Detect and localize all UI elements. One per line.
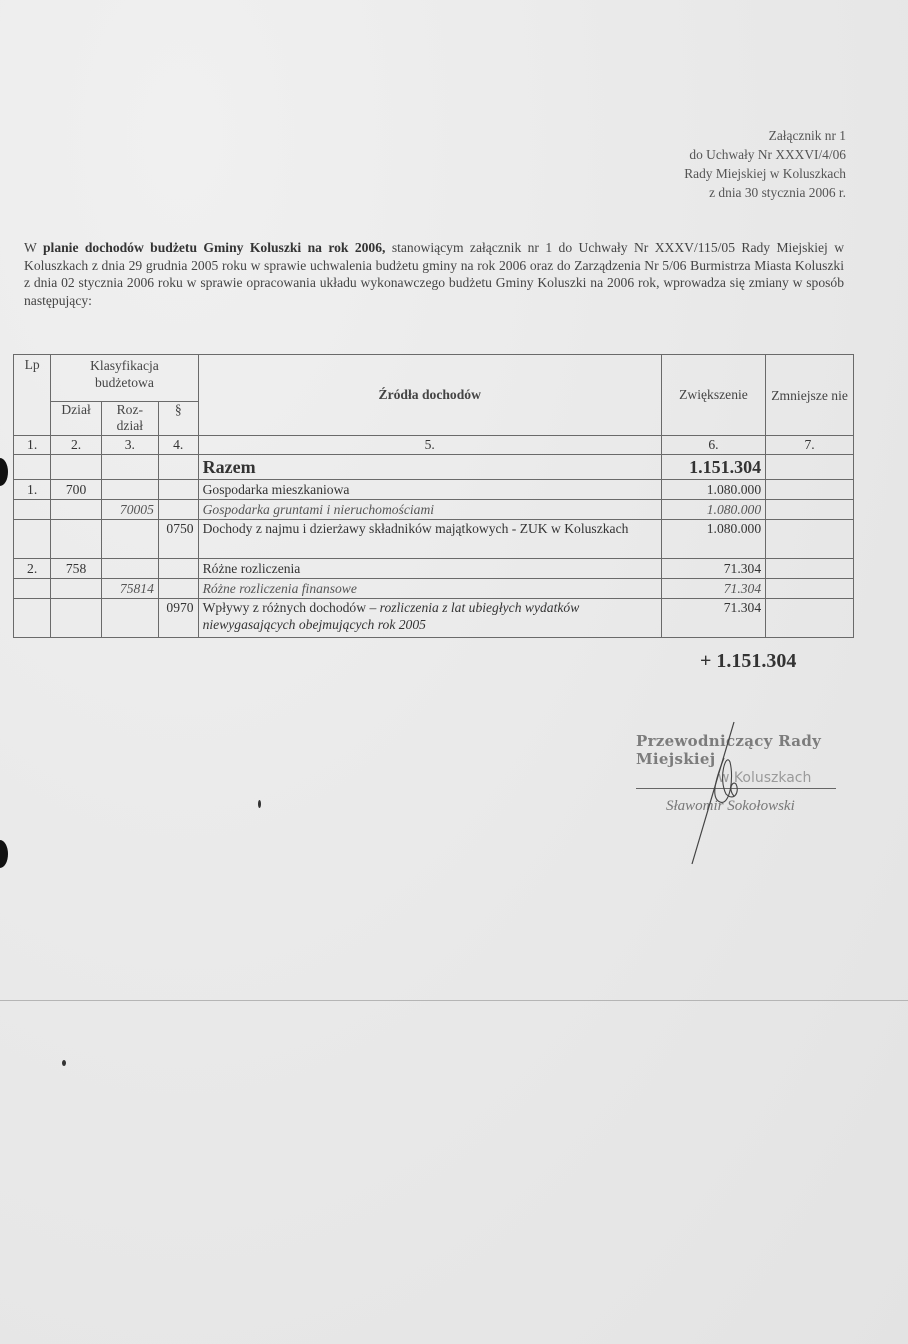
row-increase: 1.080.000 <box>661 480 765 500</box>
row-lp <box>14 599 51 638</box>
row-dzial: 758 <box>51 559 101 579</box>
table-row: 0970Wpływy z różnych dochodów – rozlicze… <box>14 599 854 638</box>
row-rozdzial <box>101 480 158 500</box>
row-paragraf: 0750 <box>158 520 198 559</box>
speck <box>62 1060 66 1066</box>
colnum-7: 7. <box>766 436 854 455</box>
row-lp <box>14 579 51 599</box>
row-source: Dochody z najmu i dzierżawy składników m… <box>198 520 661 559</box>
colnum-1: 1. <box>14 436 51 455</box>
row-decrease <box>766 579 854 599</box>
row-increase: 1.080.000 <box>661 500 765 520</box>
row-paragraf <box>158 500 198 520</box>
row-increase: 71.304 <box>661 599 765 638</box>
binder-hole <box>0 458 8 486</box>
annex-header: Załącznik nr 1 do Uchwały Nr XXXVI/4/06 … <box>684 126 846 202</box>
table-row: 70005Gospodarka gruntami i nieruchomości… <box>14 500 854 520</box>
row-increase: 71.304 <box>661 559 765 579</box>
row-lp <box>14 500 51 520</box>
row-lp: 1. <box>14 480 51 500</box>
row-source: Wpływy z różnych dochodów – rozliczenia … <box>198 599 661 638</box>
row-source-text: Różne rozliczenia <box>203 561 301 576</box>
row-dzial <box>51 579 101 599</box>
row-paragraf <box>158 559 198 579</box>
header-sources: Źródła dochodów <box>198 355 661 436</box>
row-rozdzial <box>101 559 158 579</box>
colnum-3: 3. <box>101 436 158 455</box>
handwritten-signature-icon <box>690 718 760 868</box>
row-source: Gospodarka gruntami i nieruchomościami <box>198 500 661 520</box>
row-paragraf <box>158 480 198 500</box>
total-label: Razem <box>198 455 661 480</box>
header-lp: Lp <box>14 355 51 436</box>
column-numbers-row: 1. 2. 3. 4. 5. 6. 7. <box>14 436 854 455</box>
binder-hole <box>0 840 8 868</box>
row-dzial <box>51 599 101 638</box>
intro-bold: planie dochodów budżetu Gminy Koluszki n… <box>43 240 385 255</box>
header-increase: Zwiększenie <box>661 355 765 436</box>
annex-council: Rady Miejskiej w Koluszkach <box>684 164 846 183</box>
row-lp: 2. <box>14 559 51 579</box>
row-source-text: Dochody z najmu i dzierżawy składników m… <box>203 521 629 536</box>
row-source-text: Wpływy z różnych dochodów – <box>203 600 380 615</box>
row-source-text: Gospodarka gruntami i nieruchomościami <box>203 502 434 517</box>
row-dzial: 700 <box>51 480 101 500</box>
row-rozdzial <box>101 599 158 638</box>
fold-line <box>0 1000 908 1001</box>
colnum-6: 6. <box>661 436 765 455</box>
row-decrease <box>766 500 854 520</box>
row-source: Różne rozliczenia finansowe <box>198 579 661 599</box>
row-increase: 1.080.000 <box>661 520 765 559</box>
header-paragraf: § <box>158 402 198 436</box>
speck <box>258 800 261 808</box>
colnum-5: 5. <box>198 436 661 455</box>
row-source: Gospodarka mieszkaniowa <box>198 480 661 500</box>
row-lp <box>14 520 51 559</box>
table-row: 0750Dochody z najmu i dzierżawy składnik… <box>14 520 854 559</box>
header-classification: Klasyfikacja budżetowa <box>51 355 198 402</box>
annex-number: Załącznik nr 1 <box>684 126 846 145</box>
row-decrease <box>766 520 854 559</box>
table-row: 1.700Gospodarka mieszkaniowa1.080.000 <box>14 480 854 500</box>
row-dzial <box>51 520 101 559</box>
row-rozdzial: 75814 <box>101 579 158 599</box>
row-increase: 71.304 <box>661 579 765 599</box>
header-rozdzial: Roz- dział <box>101 402 158 436</box>
budget-table: Lp Klasyfikacja budżetowa Źródła dochodó… <box>13 354 854 638</box>
total-increase: 1.151.304 <box>661 455 765 480</box>
table-row: 75814Różne rozliczenia finansowe71.304 <box>14 579 854 599</box>
row-decrease <box>766 599 854 638</box>
colnum-4: 4. <box>158 436 198 455</box>
grand-total: + 1.151.304 <box>700 650 796 673</box>
row-rozdzial: 70005 <box>101 500 158 520</box>
row-source-text: Różne rozliczenia finansowe <box>203 581 357 596</box>
colnum-2: 2. <box>51 436 101 455</box>
row-paragraf: 0970 <box>158 599 198 638</box>
header-decrease: Zmniejsze nie <box>766 355 854 436</box>
annex-date: z dnia 30 stycznia 2006 r. <box>684 183 846 202</box>
total-decrease <box>766 455 854 480</box>
annex-resolution: do Uchwały Nr XXXVI/4/06 <box>684 145 846 164</box>
table-row: 2.758Różne rozliczenia71.304 <box>14 559 854 579</box>
row-decrease <box>766 559 854 579</box>
row-rozdzial <box>101 520 158 559</box>
row-decrease <box>766 480 854 500</box>
header-dzial: Dział <box>51 402 101 436</box>
intro-prefix: W <box>24 240 43 255</box>
row-source: Różne rozliczenia <box>198 559 661 579</box>
row-paragraf <box>158 579 198 599</box>
row-dzial <box>51 500 101 520</box>
intro-paragraph: W planie dochodów budżetu Gminy Koluszki… <box>24 239 844 309</box>
row-source-text: Gospodarka mieszkaniowa <box>203 482 350 497</box>
total-row: Razem 1.151.304 <box>14 455 854 480</box>
